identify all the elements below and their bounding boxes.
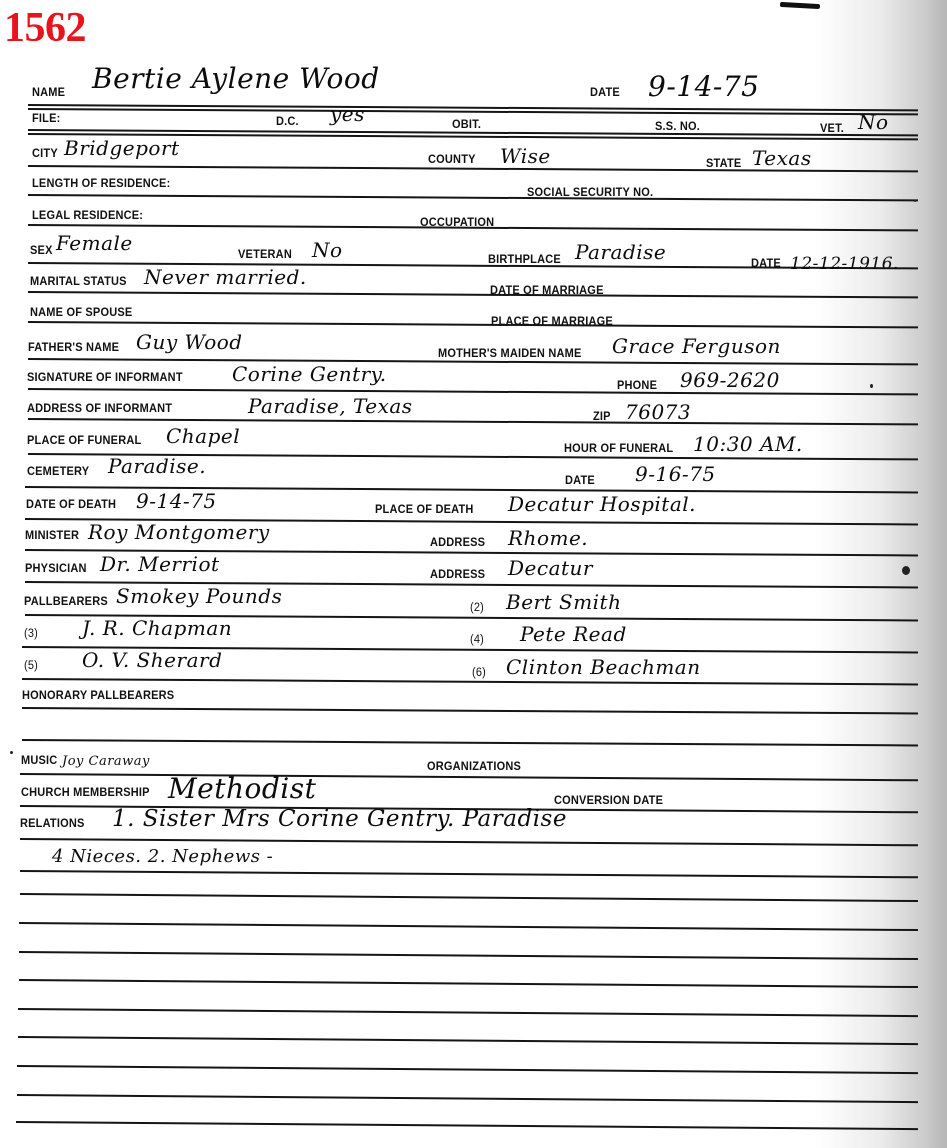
rule-blank-9	[17, 1094, 918, 1103]
rule-blank-6	[18, 1008, 918, 1017]
label-pallbearer-2: (2)	[470, 602, 484, 615]
label-social-security-no: SOCIAL SECURITY NO.	[527, 187, 653, 200]
rule-blank-10	[16, 1121, 918, 1130]
label-fathers-name: FATHER'S NAME	[28, 342, 119, 355]
record-number: 1562	[4, 4, 86, 52]
label-minister: MINISTER	[25, 530, 79, 543]
value-sex: Female	[56, 231, 133, 255]
label-place-of-marriage: PLACE OF MARRIAGE	[491, 316, 613, 329]
scan-speck	[902, 566, 910, 575]
scan-speck	[870, 384, 873, 388]
value-church-membership: Methodist	[168, 772, 316, 805]
label-dc: D.C.	[276, 116, 299, 129]
funeral-record-form: 1562 NAME Bertie Aylene Wood DATE 9-14-7…	[0, 0, 947, 1148]
value-cemetery: Paradise.	[108, 454, 206, 478]
label-honorary-pallbearers: HONORARY PALLBEARERS	[22, 690, 174, 703]
value-zip: 76073	[625, 400, 691, 424]
rule-marital	[28, 291, 918, 298]
label-sex: SEX	[30, 245, 53, 258]
value-vet: No	[858, 110, 889, 134]
label-legal-residence: LEGAL RESIDENCE:	[32, 210, 143, 223]
label-name-of-spouse: NAME OF SPOUSE	[30, 307, 132, 320]
value-date: 9-14-75	[648, 70, 760, 103]
label-state: STATE	[706, 158, 741, 171]
label-ss-no: S.S. NO.	[655, 121, 700, 134]
rule-blank-3	[19, 922, 918, 931]
value-veteran: No	[312, 238, 343, 262]
value-pallbearer-4: Pete Read	[520, 622, 627, 646]
value-pallbearer-5: O. V. Sherard	[82, 648, 222, 672]
label-length-of-residence: LENGTH OF RESIDENCE:	[32, 178, 170, 191]
scan-speck	[10, 751, 13, 754]
label-physician: PHYSICIAN	[25, 563, 87, 576]
label-music: MUSIC	[21, 755, 57, 768]
label-place-of-death: PLACE OF DEATH	[375, 504, 474, 517]
value-mothers-maiden-name: Grace Ferguson	[612, 334, 781, 358]
rule-blank-4	[19, 951, 918, 960]
label-church-membership: CHURCH MEMBERSHIP	[21, 787, 150, 800]
label-address-of-informant: ADDRESS OF INFORMANT	[27, 403, 172, 416]
label-conversion-date: CONVERSION DATE	[554, 795, 663, 808]
label-county: COUNTY	[428, 154, 476, 167]
label-physician-address: ADDRESS	[430, 569, 485, 582]
value-birth-date: 12-12-1916.	[790, 254, 899, 274]
label-hour-of-funeral: HOUR OF FUNERAL	[564, 443, 673, 456]
label-pallbearer-6: (6)	[472, 667, 486, 680]
value-dc: yes	[330, 102, 365, 126]
rule-spouse	[28, 321, 918, 328]
value-pallbearer-1: Smokey Pounds	[116, 584, 282, 608]
value-physician: Dr. Merriot	[100, 552, 220, 576]
label-vet: VET.	[820, 123, 844, 136]
label-name: NAME	[32, 87, 65, 100]
rule-blank-7	[18, 1036, 918, 1045]
value-hour-of-funeral: 10:30 AM.	[693, 432, 803, 456]
label-marital-status: MARITAL STATUS	[30, 276, 127, 289]
label-pallbearer-3: (3)	[24, 628, 38, 641]
label-city: CITY	[32, 148, 58, 161]
value-relations-line-1: 1. Sister Mrs Corine Gentry. Paradise	[112, 806, 567, 832]
value-pallbearer-6: Clinton Beachman	[506, 655, 701, 679]
label-phone: PHONE	[617, 380, 657, 393]
value-place-of-death: Decatur Hospital.	[508, 492, 696, 516]
label-mothers-maiden-name: MOTHER'S MAIDEN NAME	[438, 348, 582, 361]
rule-relations-2	[20, 870, 918, 878]
rule-blank-2	[20, 893, 918, 902]
value-marital-status: Never married.	[144, 265, 307, 289]
label-place-of-funeral: PLACE OF FUNERAL	[27, 435, 141, 448]
rule-name	[28, 104, 918, 111]
rule-address-informant	[28, 418, 918, 425]
value-date-of-death: 9-14-75	[136, 489, 217, 513]
label-date-of-marriage: DATE OF MARRIAGE	[490, 285, 604, 298]
value-pallbearer-2: Bert Smith	[506, 590, 621, 614]
label-birth-date: DATE	[751, 258, 781, 271]
value-phone: 969-2620	[680, 368, 780, 392]
value-pallbearer-3: J. R. Chapman	[82, 616, 232, 640]
value-county: Wise	[500, 144, 551, 168]
label-funeral-date: DATE	[565, 475, 595, 488]
label-occupation: OCCUPATION	[420, 217, 494, 230]
value-minister: Roy Montgomery	[88, 520, 270, 544]
label-zip: ZIP	[593, 411, 611, 424]
rule-length-residence	[28, 194, 918, 201]
label-pallbearer-4: (4)	[470, 634, 484, 647]
label-cemetery: CEMETERY	[27, 466, 89, 479]
value-state: Texas	[752, 146, 812, 170]
rule-signature	[28, 388, 918, 395]
value-funeral-date: 9-16-75	[635, 462, 716, 486]
rule-music	[20, 773, 918, 781]
value-physician-address: Decatur	[508, 556, 593, 580]
label-birthplace: BIRTHPLACE	[488, 254, 561, 267]
label-veteran: VETERAN	[238, 249, 292, 262]
rule-blank-1	[22, 739, 918, 746]
rule-pb5	[22, 678, 918, 685]
pen-mark	[780, 2, 820, 9]
label-organizations: ORGANIZATIONS	[427, 761, 521, 774]
label-minister-address: ADDRESS	[430, 537, 485, 550]
value-place-of-funeral: Chapel	[166, 424, 240, 448]
label-pallbearers: PALLBEARERS	[24, 596, 108, 609]
rule-blank-8	[17, 1065, 918, 1074]
value-signature-of-informant: Corine Gentry.	[232, 362, 387, 386]
label-pallbearer-5: (5)	[24, 660, 38, 673]
value-birthplace: Paradise	[575, 240, 666, 264]
label-obit: OBIT.	[452, 119, 481, 132]
value-music: Joy Caraway	[62, 754, 150, 769]
label-relations: RELATIONS	[20, 818, 85, 831]
scan-speck	[914, 200, 916, 202]
value-minister-address: Rhome.	[508, 526, 588, 550]
rule-blank-5	[19, 979, 918, 988]
rule-honorary	[22, 707, 918, 714]
value-address-of-informant: Paradise, Texas	[248, 394, 413, 418]
label-signature-of-informant: SIGNATURE OF INFORMANT	[27, 372, 183, 385]
label-file: FILE:	[32, 113, 61, 126]
label-date-of-death: DATE OF DEATH	[26, 499, 116, 512]
value-city: Bridgeport	[64, 136, 180, 160]
value-fathers-name: Guy Wood	[136, 330, 243, 354]
value-name: Bertie Aylene Wood	[92, 62, 380, 95]
label-date: DATE	[590, 87, 620, 100]
value-relations-line-2: 4 Nieces. 2. Nephews -	[52, 846, 273, 867]
